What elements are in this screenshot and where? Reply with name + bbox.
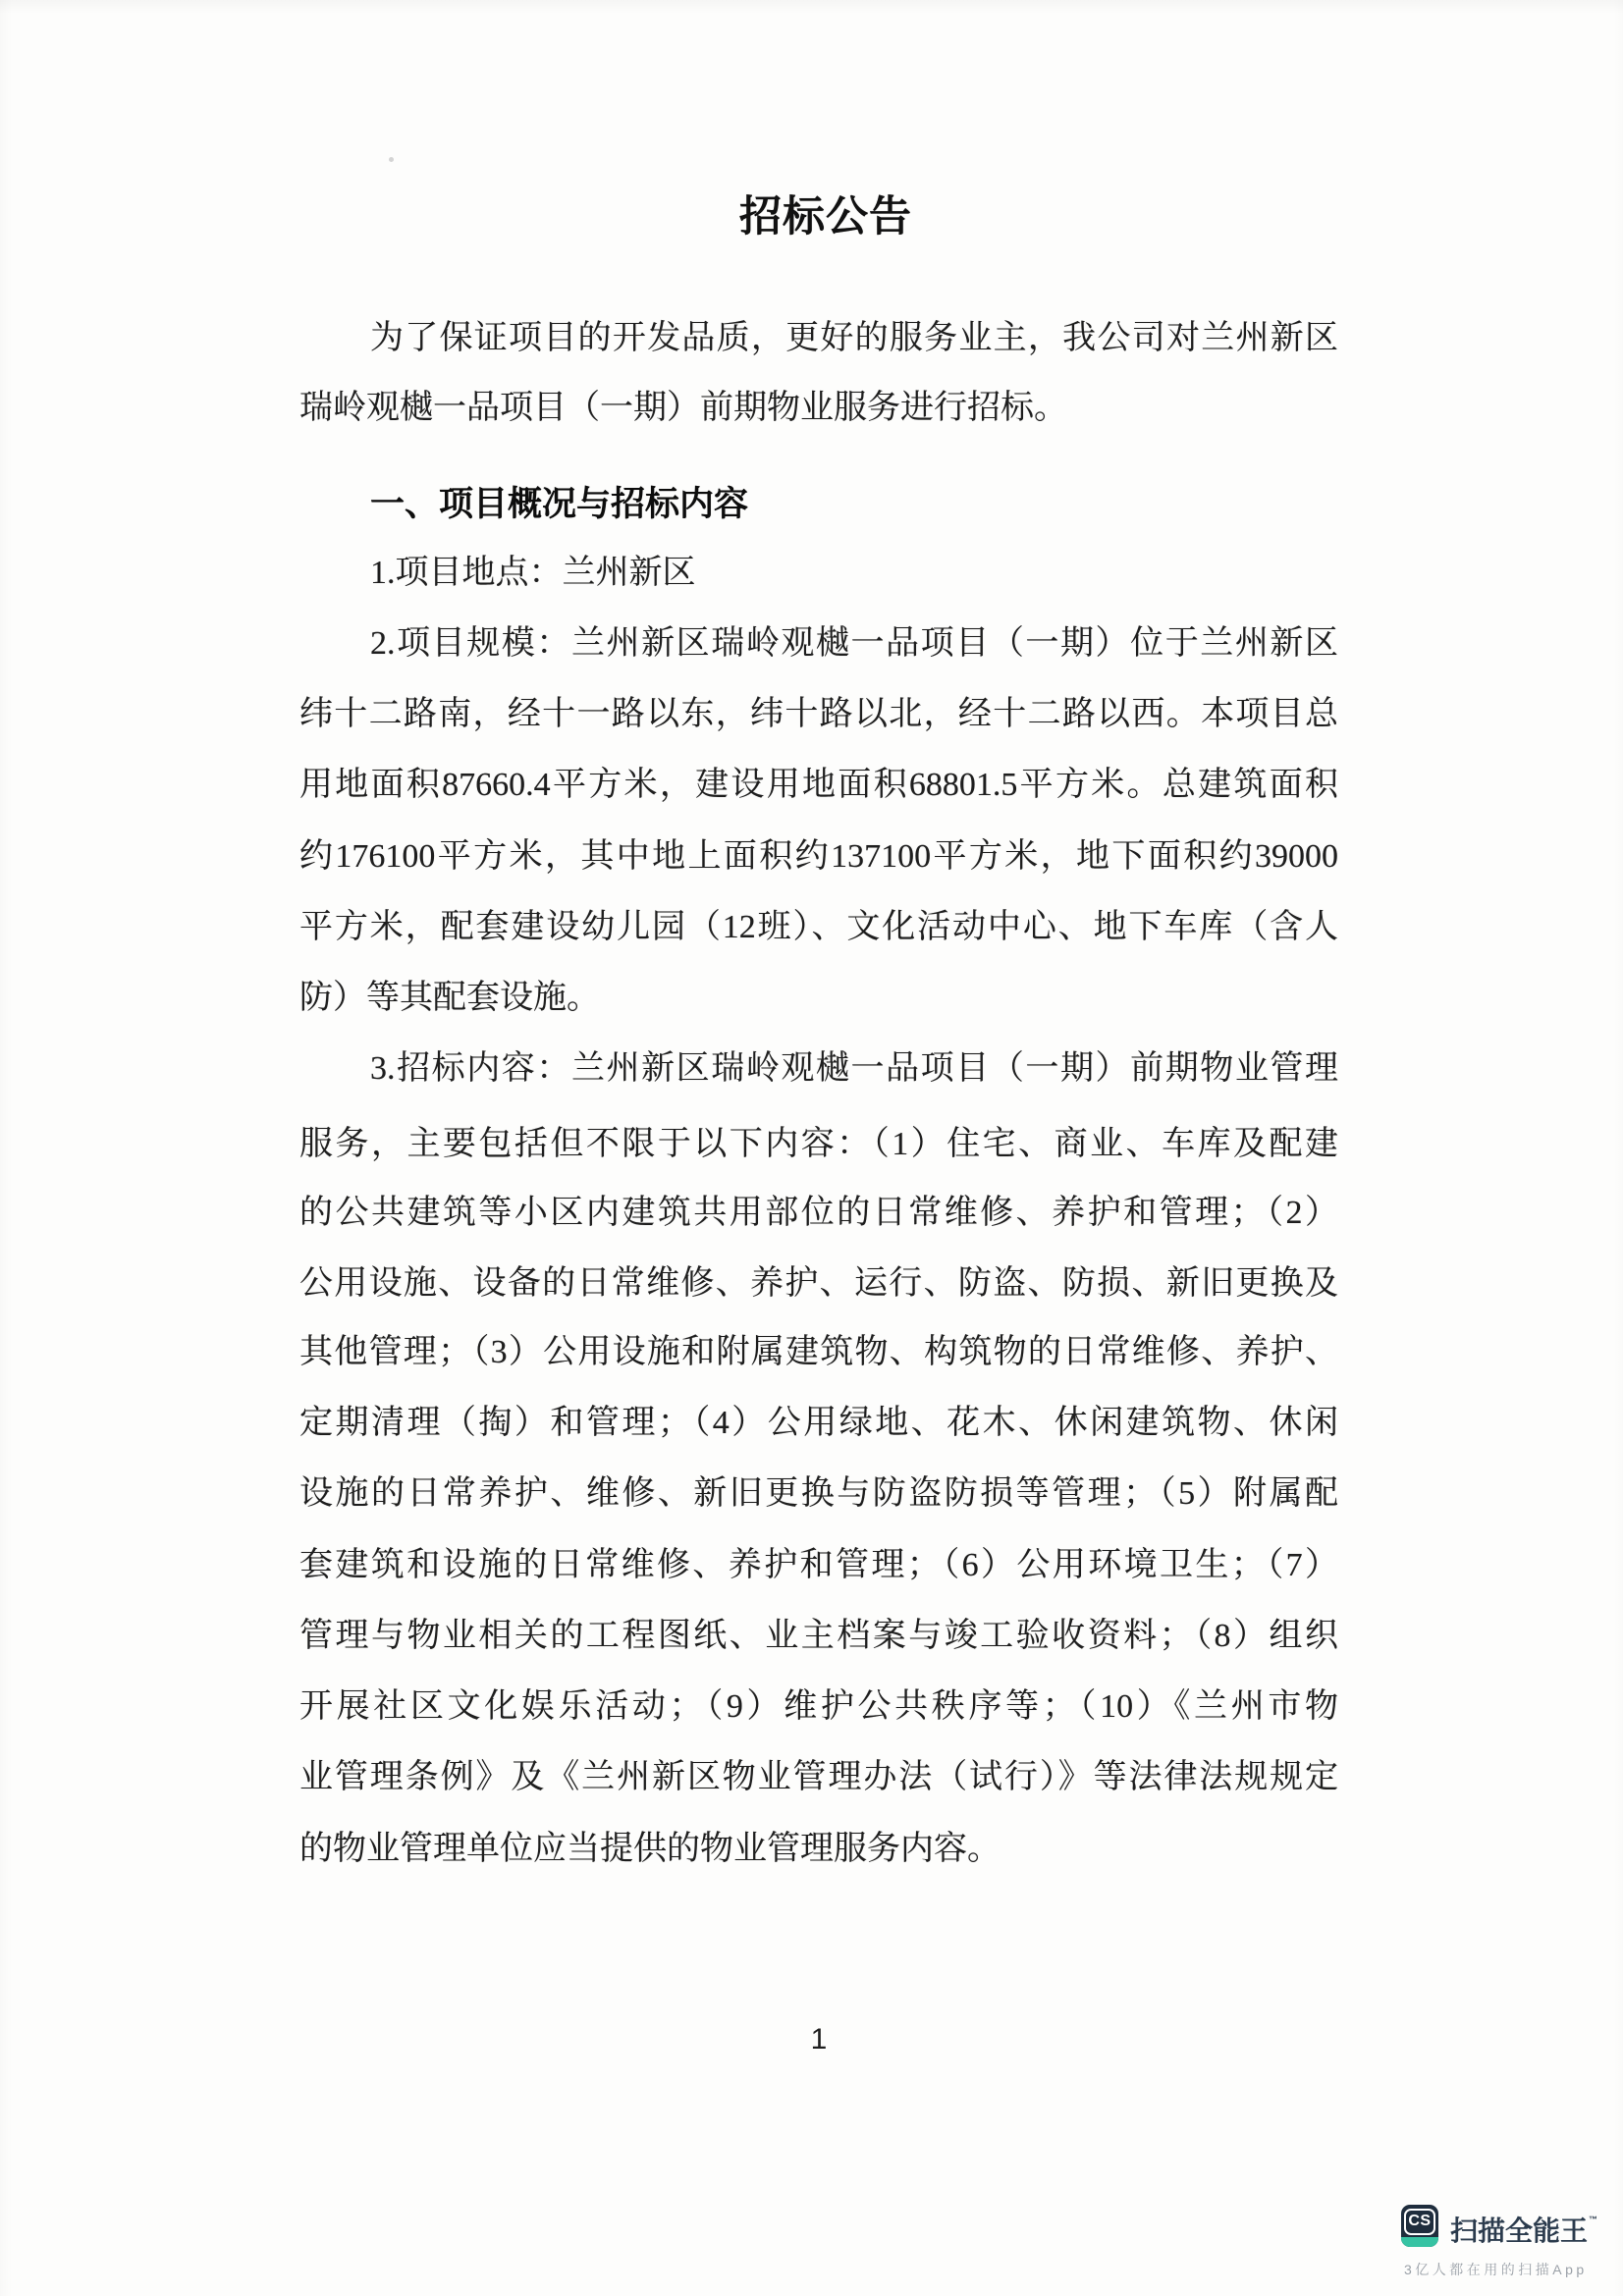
body-line: 业管理条例》及《兰州新区物业管理办法（试行）》等法律法规规定 — [299, 1754, 1338, 1800]
camscanner-logo-row: CS 扫描全能王™ — [1401, 2199, 1597, 2252]
cs-icon-label: CS — [1404, 2209, 1435, 2235]
brand-text: 扫描全能王 — [1450, 2216, 1588, 2246]
body-line: 防）等其配套设施。 — [299, 975, 1338, 1021]
camscanner-app-icon: CS — [1401, 2205, 1438, 2247]
cs-icon-teal-accent — [1401, 2237, 1438, 2247]
body-line: 公用设施、设备的日常维修、养护、运行、防盗、防损、新旧更换及 — [299, 1260, 1338, 1307]
body-line: 为了保证项目的开发品质，更好的服务业主，我公司对兰州新区 — [299, 315, 1338, 361]
body-line: 2.项目规模：兰州新区瑞岭观樾一品项目（一期）位于兰州新区 — [299, 620, 1338, 667]
camscanner-tagline: 3亿人都在用的扫描App — [1401, 2260, 1597, 2279]
camscanner-watermark: CS 扫描全能王™ 3亿人都在用的扫描App — [1401, 2199, 1597, 2279]
body-line: 开展社区文化娱乐活动；（9）维护公共秩序等；（10）《兰州市物 — [299, 1683, 1338, 1730]
body-line: 约176100平方米，其中地上面积约137100平方米，地下面积约39000 — [299, 833, 1338, 880]
body-line: 设施的日常养护、维修、新旧更换与防盗防损等管理；（5）附属配 — [299, 1470, 1338, 1517]
scanned-document-page: 招标公告 为了保证项目的开发品质，更好的服务业主，我公司对兰州新区瑞岭观樾一品项… — [0, 0, 1623, 2296]
body-line: 管理与物业相关的工程图纸、业主档案与竣工验收资料；（8）组织 — [299, 1613, 1338, 1659]
body-line: 的公共建筑等小区内建筑共用部位的日常维修、养护和管理；（2） — [299, 1190, 1338, 1236]
body-line: 套建筑和设施的日常维修、养护和管理；（6）公用环境卫生；（7） — [299, 1542, 1338, 1588]
body-line: 其他管理；（3）公用设施和附属建筑物、构筑物的日常维修、养护、 — [299, 1329, 1338, 1375]
body-line: 的物业管理单位应当提供的物业管理服务内容。 — [299, 1826, 1338, 1872]
body-line: 用地面积87660.4平方米，建设用地面积68801.5平方米。总建筑面积 — [299, 762, 1338, 808]
body-line: 3.招标内容：兰州新区瑞岭观樾一品项目（一期）前期物业管理 — [299, 1045, 1338, 1092]
body-line: 定期清理（掏）和管理；（4）公用绿地、花木、休闲建筑物、休闲 — [299, 1400, 1338, 1446]
body-line: 平方米，配套建设幼儿园（12班）、文化活动中心、地下车库（含人 — [299, 904, 1338, 950]
body-line: 1.项目地点：兰州新区 — [299, 550, 1338, 596]
body-line: 瑞岭观樾一品项目（一期）前期物业服务进行招标。 — [299, 385, 1338, 431]
body-line: 服务，主要包括但不限于以下内容：（1）住宅、商业、车库及配建 — [299, 1121, 1338, 1167]
trademark-symbol: ™ — [1589, 2215, 1597, 2224]
camscanner-brand-name: 扫描全能王™ — [1450, 2199, 1597, 2252]
scan-speck — [389, 157, 394, 162]
section-heading: 一、项目概况与招标内容 — [299, 481, 1338, 527]
document-title: 招标公告 — [739, 193, 912, 242]
page-number: 1 — [299, 2023, 1338, 2056]
body-line: 纬十二路南，经十一路以东，纬十路以北，经十二路以西。本项目总 — [299, 691, 1338, 737]
